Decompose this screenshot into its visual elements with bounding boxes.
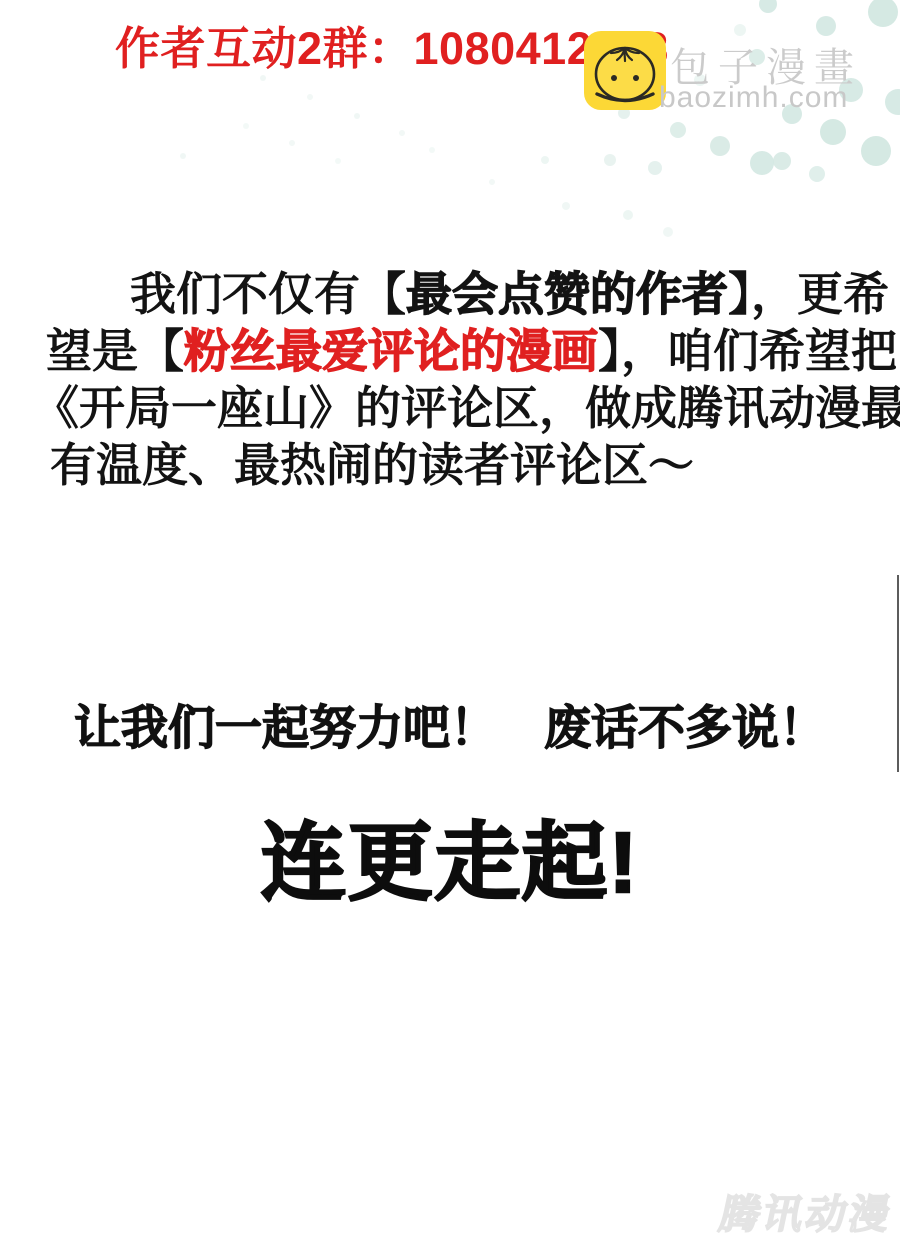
paragraph-line-2: 望是【粉丝最爱评论的漫画】，咱们希望把	[46, 323, 900, 380]
announcement-paragraph: 我们不仅有【最会点赞的作者】，更希 望是【粉丝最爱评论的漫画】，咱们希望把 《开…	[0, 266, 900, 494]
text-segment: 《开局一座山》的评论区，做成腾讯动漫最	[33, 382, 900, 434]
tencent-comics-watermark: 腾讯动漫	[715, 1183, 899, 1236]
baozi-mascot-icon	[584, 31, 666, 110]
text-segment: 】，更希	[728, 268, 889, 320]
emphasis-red-text: 粉丝最爱评论的漫画	[184, 325, 598, 377]
baozimh-url-watermark: baozimh.com	[659, 81, 848, 115]
comic-page: 作者互动2群：1080412278 包子漫畫 baozimh.com 我们不仅有…	[0, 0, 900, 1236]
effort-slogan-text: 让我们一起努力吧！ 废话不多说！	[0, 691, 900, 758]
text-segment: 】，咱们希望把	[598, 325, 897, 377]
paragraph-line-3: 《开局一座山》的评论区，做成腾讯动漫最	[33, 380, 900, 437]
paragraph-line-4: 有温度、最热闹的读者评论区～	[50, 437, 900, 494]
text-segment: 望是【	[46, 325, 184, 377]
text-segment: 我们不仅有【	[130, 268, 406, 320]
right-edge-scan-artifact	[897, 575, 899, 772]
paragraph-line-1: 我们不仅有【最会点赞的作者】，更希	[130, 266, 900, 323]
text-segment: 有温度、最热闹的读者评论区～	[50, 439, 694, 491]
big-slogan-text: 连更走起!	[0, 795, 900, 917]
emphasis-black-text: 最会点赞的作者	[406, 268, 728, 320]
